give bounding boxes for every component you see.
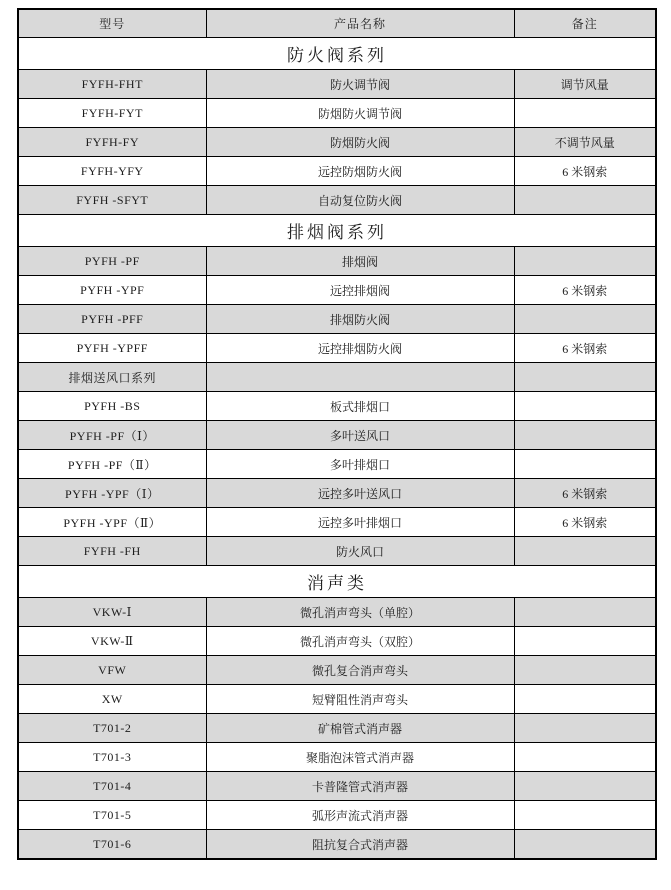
table-row: FYFH-FHT防火调节阀调节风量 (18, 70, 656, 99)
model-cell: XW (18, 685, 206, 714)
table-row: T701-3聚脂泡沫管式消声器 (18, 743, 656, 772)
product-name-cell: 短臂阻性消声弯头 (206, 685, 514, 714)
table-row: PYFH -PF排烟阀 (18, 247, 656, 276)
remark-cell (514, 305, 656, 334)
remark-cell (514, 685, 656, 714)
model-cell: PYFH -YPF（Ⅰ） (18, 479, 206, 508)
product-table: 型号 产品名称 备注 防火阀系列FYFH-FHT防火调节阀调节风量FYFH-FY… (17, 8, 657, 860)
remark-cell (514, 186, 656, 215)
remark-cell (514, 537, 656, 566)
model-cell: T701-4 (18, 772, 206, 801)
remark-cell: 不调节风量 (514, 128, 656, 157)
remark-cell (514, 830, 656, 860)
model-cell: T701-3 (18, 743, 206, 772)
product-name-cell: 排烟阀 (206, 247, 514, 276)
column-header-name: 产品名称 (206, 9, 514, 38)
remark-cell: 6 米钢索 (514, 479, 656, 508)
remark-cell (514, 392, 656, 421)
model-cell: T701-6 (18, 830, 206, 860)
product-name-cell: 防烟防火调节阀 (206, 99, 514, 128)
remark-cell (514, 247, 656, 276)
product-name-cell: 阻抗复合式消声器 (206, 830, 514, 860)
column-header-remark: 备注 (514, 9, 656, 38)
table-row: 排烟送风口系列 (18, 363, 656, 392)
remark-cell: 6 米钢索 (514, 276, 656, 305)
remark-cell: 6 米钢索 (514, 157, 656, 186)
table-row: FYFH -FH防火风口 (18, 537, 656, 566)
remark-cell (514, 714, 656, 743)
remark-cell (514, 656, 656, 685)
product-name-cell: 聚脂泡沫管式消声器 (206, 743, 514, 772)
section-row: 消声类 (18, 566, 656, 598)
model-cell: FYFH-FY (18, 128, 206, 157)
product-name-cell: 排烟防火阀 (206, 305, 514, 334)
remark-cell (514, 421, 656, 450)
model-cell: PYFH -PF（Ⅱ） (18, 450, 206, 479)
model-cell: PYFH -YPFF (18, 334, 206, 363)
remark-cell (514, 99, 656, 128)
model-cell: FYFH -SFYT (18, 186, 206, 215)
product-name-cell: 远控排烟防火阀 (206, 334, 514, 363)
product-name-cell: 防火风口 (206, 537, 514, 566)
product-name-cell: 微孔消声弯头（单腔） (206, 598, 514, 627)
table-row: VKW-Ⅰ微孔消声弯头（单腔） (18, 598, 656, 627)
model-cell: PYFH -BS (18, 392, 206, 421)
table-row: FYFH-YFY远控防烟防火阀6 米钢索 (18, 157, 656, 186)
table-row: FYFH -SFYT自动复位防火阀 (18, 186, 656, 215)
product-name-cell: 自动复位防火阀 (206, 186, 514, 215)
table-row: PYFH -YPF（Ⅰ）远控多叶送风口6 米钢索 (18, 479, 656, 508)
product-name-cell: 多叶排烟口 (206, 450, 514, 479)
table-row: PYFH -PF（Ⅰ）多叶送风口 (18, 421, 656, 450)
table-row: FYFH-FYT防烟防火调节阀 (18, 99, 656, 128)
product-name-cell: 矿棉管式消声器 (206, 714, 514, 743)
table-row: PYFH -YPF远控排烟阀6 米钢索 (18, 276, 656, 305)
model-cell: PYFH -PF（Ⅰ） (18, 421, 206, 450)
product-name-cell: 弧形声流式消声器 (206, 801, 514, 830)
table-row: PYFH -PFF排烟防火阀 (18, 305, 656, 334)
section-header-cell: 消声类 (18, 566, 656, 598)
model-cell: 排烟送风口系列 (18, 363, 206, 392)
product-name-cell: 防烟防火阀 (206, 128, 514, 157)
section-row: 防火阀系列 (18, 38, 656, 70)
product-name-cell: 多叶送风口 (206, 421, 514, 450)
remark-cell: 6 米钢索 (514, 334, 656, 363)
remark-cell (514, 450, 656, 479)
table-row: FYFH-FY防烟防火阀不调节风量 (18, 128, 656, 157)
remark-cell (514, 627, 656, 656)
remark-cell (514, 363, 656, 392)
header-row: 型号 产品名称 备注 (18, 9, 656, 38)
model-cell: VFW (18, 656, 206, 685)
product-name-cell: 防火调节阀 (206, 70, 514, 99)
product-name-cell: 微孔消声弯头（双腔） (206, 627, 514, 656)
model-cell: VKW-Ⅱ (18, 627, 206, 656)
model-cell: PYFH -PF (18, 247, 206, 276)
model-cell: VKW-Ⅰ (18, 598, 206, 627)
product-name-cell: 远控防烟防火阀 (206, 157, 514, 186)
model-cell: T701-2 (18, 714, 206, 743)
product-name-cell: 卡普隆管式消声器 (206, 772, 514, 801)
section-header-cell: 排烟阀系列 (18, 215, 656, 247)
section-row: 排烟阀系列 (18, 215, 656, 247)
table-row: PYFH -YPFF远控排烟防火阀6 米钢索 (18, 334, 656, 363)
model-cell: T701-5 (18, 801, 206, 830)
remark-cell (514, 598, 656, 627)
section-header-cell: 防火阀系列 (18, 38, 656, 70)
document-page: 型号 产品名称 备注 防火阀系列FYFH-FHT防火调节阀调节风量FYFH-FY… (0, 0, 671, 890)
product-name-cell (206, 363, 514, 392)
remark-cell: 调节风量 (514, 70, 656, 99)
remark-cell (514, 743, 656, 772)
table-row: PYFH -BS板式排烟口 (18, 392, 656, 421)
table-row: T701-2矿棉管式消声器 (18, 714, 656, 743)
model-cell: FYFH -FH (18, 537, 206, 566)
model-cell: FYFH-FHT (18, 70, 206, 99)
table-row: T701-6阻抗复合式消声器 (18, 830, 656, 860)
table-row: XW短臂阻性消声弯头 (18, 685, 656, 714)
remark-cell (514, 801, 656, 830)
product-name-cell: 远控多叶排烟口 (206, 508, 514, 537)
column-header-model: 型号 (18, 9, 206, 38)
model-cell: PYFH -YPF（Ⅱ） (18, 508, 206, 537)
model-cell: PYFH -PFF (18, 305, 206, 334)
table-row: VKW-Ⅱ微孔消声弯头（双腔） (18, 627, 656, 656)
table-row: VFW微孔复合消声弯头 (18, 656, 656, 685)
table-body: 防火阀系列FYFH-FHT防火调节阀调节风量FYFH-FYT防烟防火调节阀FYF… (18, 38, 656, 860)
product-name-cell: 微孔复合消声弯头 (206, 656, 514, 685)
table-row: PYFH -YPF（Ⅱ）远控多叶排烟口6 米钢索 (18, 508, 656, 537)
product-name-cell: 远控多叶送风口 (206, 479, 514, 508)
remark-cell (514, 772, 656, 801)
product-name-cell: 远控排烟阀 (206, 276, 514, 305)
table-row: T701-5弧形声流式消声器 (18, 801, 656, 830)
table-row: T701-4卡普隆管式消声器 (18, 772, 656, 801)
model-cell: FYFH-FYT (18, 99, 206, 128)
product-name-cell: 板式排烟口 (206, 392, 514, 421)
model-cell: FYFH-YFY (18, 157, 206, 186)
table-row: PYFH -PF（Ⅱ）多叶排烟口 (18, 450, 656, 479)
remark-cell: 6 米钢索 (514, 508, 656, 537)
model-cell: PYFH -YPF (18, 276, 206, 305)
